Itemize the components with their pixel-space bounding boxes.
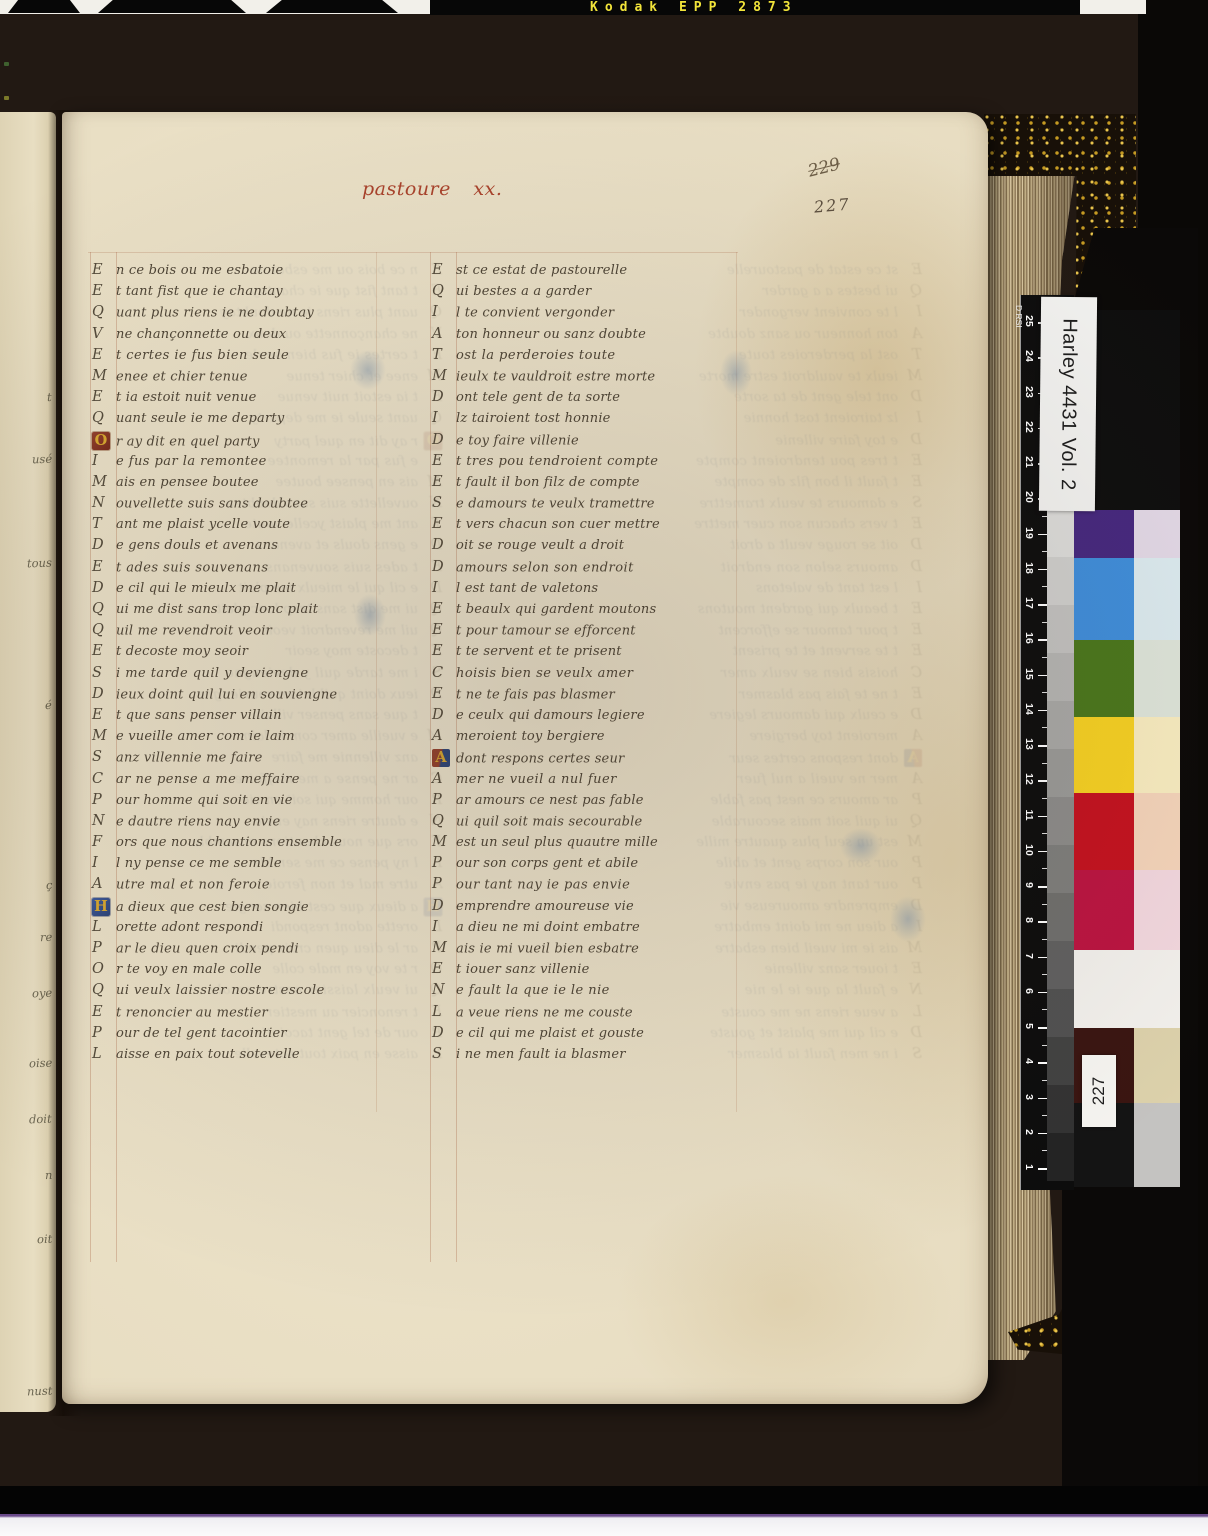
line-initial: A (432, 326, 456, 342)
manuscript-column-right: Est ce estat de pastourelleQui bestes a … (432, 262, 732, 1067)
line-text: t fault il bon filz de compte (714, 475, 898, 490)
line-text: t pour tamour se efforcent (456, 624, 636, 639)
ruler-number: 8 (1023, 912, 1035, 928)
manuscript-line: De cil qui le mieulx me plait (92, 580, 392, 601)
gray-step (1047, 893, 1074, 941)
patch-blue (1074, 558, 1134, 640)
manuscript-line: Doit se rouge veult a droit (432, 537, 732, 558)
line-initial: Q (898, 283, 922, 299)
ruler-tick (1038, 921, 1047, 923)
line-initial: P (432, 876, 456, 892)
manuscript-line: Adont respons certes seur (432, 749, 732, 770)
line-text: t que sans penser villain (116, 708, 282, 723)
manuscript-line: Fors que nous chantions ensemble (92, 834, 392, 855)
line-text: enee et chier tenue (116, 369, 248, 384)
line-initial: M (898, 940, 922, 956)
manuscript-line: Ia dieu ne mi doint embatre (432, 919, 732, 940)
line-text: e toy faire villenie (775, 433, 898, 448)
ruler-number: 20 (1023, 489, 1035, 505)
patch-blue-pale (1134, 558, 1180, 640)
line-initial: Q (898, 813, 922, 829)
line-text: ui quil soit mais secourable (456, 814, 642, 829)
patch-red (1074, 793, 1134, 870)
ruler-number: 6 (1023, 983, 1035, 999)
ruler-number: 14 (1023, 701, 1035, 717)
manuscript-line: Damours selon son endroit (432, 559, 732, 580)
line-text: est un seul plus quautre mille (456, 835, 658, 850)
shelfmark-label: Harley 4431 Vol. 2 (1039, 297, 1097, 512)
line-initial: I (432, 410, 456, 426)
line-text: l te convient vergonder (456, 306, 614, 321)
line-initial: E (92, 283, 116, 299)
ruler-tick (1038, 604, 1047, 606)
line-initial: F (92, 834, 116, 850)
line-initial: I (898, 410, 922, 426)
line-text: lz tairoient tost honnie (743, 411, 898, 426)
line-text: uil me revendroit veoir (116, 624, 272, 639)
manuscript-line: Se damours te veulx tramettre (432, 495, 732, 516)
manuscript-line: Demprendre amoureuse vie (432, 898, 732, 919)
ruler-tick (1038, 1168, 1047, 1170)
line-initial: T (92, 516, 116, 532)
line-initial: V (92, 326, 116, 342)
manuscript-line: Me vueille amer com ie laim (92, 728, 392, 749)
line-initial: S (898, 495, 922, 511)
line-text: ui bestes a a garder (763, 284, 898, 299)
ruler-number: 4 (1023, 1053, 1035, 1069)
line-text: e dautre riens nay envie (116, 814, 280, 829)
gray-step (1047, 653, 1074, 701)
line-text: n ce bois ou me esbatoie (116, 263, 283, 278)
line-initial: A (92, 876, 116, 892)
line-initial: E (92, 1004, 116, 1020)
line-text: amours selon son endroit (456, 560, 634, 575)
line-text: e ceulx qui damours legiere (456, 708, 645, 723)
ruler-number: 19 (1023, 525, 1035, 541)
manuscript-line: De toy faire villenie (432, 432, 732, 453)
ruler-number: 21 (1023, 454, 1035, 470)
line-text: e ceulx qui damours legiere (709, 708, 898, 723)
line-text: uant plus riens ie ne doubtay (116, 306, 314, 321)
line-text: aisse en paix tout sotevelle (116, 1047, 300, 1062)
manuscript-line: Mais en pensee boutee (92, 474, 392, 495)
line-initial: I (432, 304, 456, 320)
manuscript-line: Vne chançonnette ou deux (92, 326, 392, 347)
gray-step (1047, 701, 1074, 749)
folio-number-old: 229 (806, 154, 842, 181)
line-initial: E (432, 643, 456, 659)
film-edge-mark (266, 0, 398, 13)
line-initial: I (432, 580, 456, 596)
line-text: ais ie mi vueil bien esbatre (456, 941, 639, 956)
line-text: t certes ie fus bien seule (116, 348, 289, 363)
ruler-tick (1038, 1027, 1047, 1029)
manuscript-line: Et tres pou tendroient compte (432, 453, 732, 474)
line-text: oit se rouge veult a droit (456, 538, 624, 553)
ruling-line (430, 252, 431, 1262)
line-initial: D (432, 559, 456, 575)
ruler-tick (1038, 816, 1047, 818)
line-initial: M (898, 368, 922, 384)
line-text: t decoste moy seoir (116, 644, 248, 659)
line-initial: E (432, 686, 456, 702)
line-text: ais ie mi vueil bien esbatre (715, 941, 898, 956)
ruler-number: 23 (1023, 384, 1035, 400)
line-text: e toy faire villenie (456, 433, 579, 448)
line-text: t fault il bon filz de compte (456, 475, 640, 490)
line-text: dont respons certes seur (456, 752, 624, 767)
line-text: ui veulx laissier nostre escole (116, 983, 325, 998)
manuscript-line: Nouvellette suis sans doubtee (92, 495, 392, 516)
patch-purple (1074, 510, 1134, 558)
manuscript-line: Pour homme qui soit en vie (92, 792, 392, 813)
patch-white (1074, 950, 1180, 1028)
line-initial: E (898, 474, 922, 490)
line-text: ui quil soit mais secourable (712, 814, 898, 829)
line-initial: P (432, 855, 456, 871)
ruler-tick (1038, 745, 1047, 747)
line-initial: D (432, 1025, 456, 1041)
line-text: t tres pou tendroient compte (456, 454, 658, 469)
patch-red-pale (1134, 793, 1180, 870)
line-text: a veue riens ne me couste (456, 1005, 633, 1020)
line-text: ton honneur ou sanz doubte (456, 327, 646, 342)
line-initial: E (898, 643, 922, 659)
line-initial: P (92, 940, 116, 956)
manuscript-line: Et fault il bon filz de compte (432, 474, 732, 495)
line-initial: Q (92, 601, 116, 617)
patch-row-yellow (1074, 717, 1180, 793)
line-text: our tant nay ie pas envie (456, 878, 630, 893)
line-text: a veue riens ne me couste (721, 1005, 898, 1020)
line-text: i ne men fault ia blasmer (456, 1047, 626, 1062)
manuscript-line: Mieulx te vauldroit estre morte (432, 368, 732, 389)
line-text: ar le dieu quen croix pendi (116, 941, 299, 956)
manuscript-line: Et beaulx qui gardent moutons (432, 601, 732, 622)
manuscript-line: Et que sans penser villain (92, 707, 392, 728)
manuscript-line: Et renoncier au mestier (92, 1004, 392, 1025)
line-text: ant me plaist ycelle voute (116, 517, 290, 532)
line-initial: Q (432, 283, 456, 299)
line-initial: A (898, 326, 922, 342)
line-initial: A (898, 728, 922, 744)
ruler-number: 1 (1023, 1159, 1035, 1175)
line-text: hoisis bien se veulx amer (721, 666, 898, 681)
film-label-area: Kodak EPP 2873 (430, 0, 1080, 15)
manuscript-line: De ceulx qui damours legiere (432, 707, 732, 728)
line-text: a dieu ne mi doint embatre (456, 920, 640, 935)
gray-step (1047, 797, 1074, 845)
line-text: a dieux que cest bien songie (116, 900, 309, 915)
line-text: ar amours ce nest pas fable (710, 793, 898, 808)
line-initial: M (92, 474, 116, 490)
line-initial: A (898, 771, 922, 787)
decorated-initial: A (432, 749, 450, 767)
film-edge-mark (98, 0, 246, 13)
manuscript-line: Si ne men fault ia blasmer (432, 1046, 732, 1067)
ruler-tick (1038, 710, 1047, 712)
line-text: our de tel gent tacointier (116, 1026, 287, 1041)
line-text: st ce estat de pastourelle (727, 263, 898, 278)
film-printer-dot (4, 62, 9, 66)
line-initial: D (432, 537, 456, 553)
line-initial: Q (92, 304, 116, 320)
line-text: t beaulx qui gardent moutons (456, 602, 656, 617)
line-initial: M (432, 368, 456, 384)
line-initial: Q (92, 410, 116, 426)
ruler-number: 25 (1023, 313, 1035, 329)
manuscript-column-left: En ce bois ou me esbatoieEt tant fist qu… (92, 262, 392, 1067)
line-initial: I (432, 919, 456, 935)
line-initial: E (432, 622, 456, 638)
line-initial: L (432, 1004, 456, 1020)
manuscript-line: Ne dautre riens nay envie (92, 813, 392, 834)
ruler-number: 15 (1023, 666, 1035, 682)
line-initial: P (432, 792, 456, 808)
manuscript-line: Or te voy en male colle (92, 961, 392, 982)
patch-green-pale (1134, 640, 1180, 717)
line-initial: P (898, 792, 922, 808)
ruler-number: 10 (1023, 842, 1035, 858)
manuscript-line: Dieux doint quil lui en souviengne (92, 686, 392, 707)
line-text: mer ne vueil a nul fuer (456, 772, 617, 787)
line-initial: C (92, 771, 116, 787)
line-initial: E (432, 262, 456, 278)
line-initial: T (898, 347, 922, 363)
line-text: ont tele gent de ta sorte (456, 390, 620, 405)
decorated-initial: A (904, 749, 922, 767)
patch-yellow (1074, 717, 1134, 793)
patch-yellow-pale (1134, 717, 1180, 793)
line-initial: M (432, 940, 456, 956)
line-text: e vueille amer com ie laim (116, 729, 295, 744)
film-printer-dot (4, 96, 9, 100)
manuscript-line: Dont tele gent de ta sorte (432, 389, 732, 410)
manuscript-line: Par le dieu quen croix pendi (92, 940, 392, 961)
line-initial: D (898, 537, 922, 553)
patch-dark-pale (1134, 1103, 1180, 1187)
line-text: t iouer sanz villenie (456, 962, 589, 977)
ruler-tick (1038, 992, 1047, 994)
line-text: ne chançonnette ou deux (116, 327, 286, 342)
line-text: mer ne vueil a nul fuer (737, 772, 898, 787)
line-initial: A (432, 771, 456, 787)
patch-row-purple (1074, 510, 1180, 558)
line-initial: P (898, 876, 922, 892)
line-text: amours selon son endroit (720, 560, 898, 575)
line-initial: Q (432, 813, 456, 829)
manuscript-line: Qui quil soit mais secourable (432, 813, 732, 834)
manuscript-line: Pour de tel gent tacointier (92, 1025, 392, 1046)
ruler-number: 13 (1023, 736, 1035, 752)
ruler-tick (1038, 534, 1047, 536)
patch-green (1074, 640, 1134, 717)
manuscript-line: Or ay dit en quel party (92, 432, 392, 453)
line-text: ais en pensee boutee (116, 475, 259, 490)
patch-crimson (1074, 870, 1134, 950)
manuscript-line: Laisse en paix tout sotevelle (92, 1046, 392, 1067)
manuscript-line: La veue riens ne me couste (432, 1004, 732, 1025)
gray-step (1047, 1133, 1074, 1181)
line-text: i ne men fault ia blasmer (728, 1047, 898, 1062)
manuscript-line: Et ades suis souvenans (92, 559, 392, 580)
shelfmark-text: Harley 4431 Vol. 2 (1056, 318, 1081, 491)
line-initial: E (432, 453, 456, 469)
line-initial: M (92, 368, 116, 384)
line-initial: I (898, 580, 922, 596)
folio-card: 227 (1082, 1055, 1116, 1127)
line-initial: E (898, 622, 922, 638)
line-text: our tant nay ie pas envie (724, 878, 898, 893)
line-text: t ia estoit nuit venue (116, 390, 256, 405)
manuscript-line: Il est tant de valetons (432, 580, 732, 601)
line-initial: L (92, 1046, 116, 1062)
film-edge-strip-bottom-white (0, 1514, 1208, 1536)
line-text: orette adont respondi (116, 920, 263, 935)
line-text: ui bestes a a garder (456, 284, 591, 299)
line-text: e gens douls et avenans (116, 538, 278, 553)
ruling-line (88, 252, 738, 253)
line-text: ont tele gent de ta sorte (734, 390, 898, 405)
ruler-number: 17 (1023, 595, 1035, 611)
film-stock-label: Kodak EPP 2873 (590, 0, 798, 15)
film-edge-mark (8, 0, 80, 13)
manuscript-line: Ne fault la que ie le nie (432, 982, 732, 1003)
manuscript-line: Par amours ce nest pas fable (432, 792, 732, 813)
line-text: our homme qui soit en vie (116, 793, 293, 808)
manuscript-line: Pour son corps gent et abile (432, 855, 732, 876)
ruler-number: 3 (1023, 1089, 1035, 1105)
patch-row-red (1074, 793, 1180, 870)
showthrough-smudge (354, 594, 386, 636)
manuscript-line: Mest un seul plus quautre mille (432, 834, 732, 855)
line-initial: E (432, 601, 456, 617)
line-initial: N (92, 813, 116, 829)
line-text: ouvellette suis sans doubtee (116, 496, 308, 511)
line-initial: M (898, 834, 922, 850)
showthrough-smudge (840, 828, 882, 864)
line-initial: E (898, 686, 922, 702)
folio-card-text: 227 (1089, 1077, 1109, 1105)
manuscript-line: Aton honneur ou sanz doubte (432, 326, 732, 347)
line-initial: I (92, 855, 116, 871)
ruler-number: 24 (1023, 348, 1035, 364)
decorated-initial: O (92, 432, 110, 450)
ruler-tick (1038, 1098, 1047, 1100)
line-initial: I (92, 453, 116, 469)
line-initial: D (432, 707, 456, 723)
line-text: t te servent et te prisent (732, 644, 898, 659)
colour-calibration-bar: D RSI 1234567891011121314151617181920212… (1020, 295, 1180, 1190)
manuscript-line: Et vers chacun son cuer mettre (432, 516, 732, 537)
ruler-number: 12 (1023, 771, 1035, 787)
manuscript-line: Tost la perderoies toute (432, 347, 732, 368)
gray-step (1047, 749, 1074, 797)
manuscript-line: Et ia estoit nuit venue (92, 389, 392, 410)
manuscript-line: Quant seule ie me departy (92, 410, 392, 431)
line-text: l est tant de valetons (756, 581, 898, 596)
line-text: t ades suis souvenans (116, 560, 268, 575)
gray-step (1047, 845, 1074, 893)
manuscript-line: Mais ie mi vueil bien esbatre (432, 940, 732, 961)
film-edge-dark (1146, 0, 1208, 14)
line-text: ors que nous chantions ensemble (116, 835, 342, 850)
line-text: ieux doint quil lui en souviengne (116, 687, 337, 702)
manuscript-line: Si me tarde quil y deviengne (92, 665, 392, 686)
line-initial: Q (92, 982, 116, 998)
line-text: meroient toy bergiere (456, 729, 605, 744)
line-initial: L (898, 1004, 922, 1020)
manuscript-line: Qui bestes a a garder (432, 283, 732, 304)
line-text: e cil qui me plaist et gouste (456, 1026, 644, 1041)
manuscript-line: Et tant fist que ie chantay (92, 283, 392, 304)
line-initial: L (92, 919, 116, 935)
line-initial: S (432, 1046, 456, 1062)
line-initial: I (898, 304, 922, 320)
line-text: ost la perderoies toute (738, 348, 898, 363)
line-text: emprendre amoureuse vie (456, 899, 634, 914)
line-initial: N (898, 982, 922, 998)
manuscript-line: Il te convient vergonder (432, 304, 732, 325)
line-text: t pour tamour se efforcent (718, 624, 898, 639)
line-text: ieulx te vauldroit estre morte (456, 369, 655, 384)
manuscript-line: Sanz villennie me faire (92, 749, 392, 770)
manuscript-line: Et decoste moy seoir (92, 643, 392, 664)
ruler-tick (1038, 1062, 1047, 1064)
line-text: oit se rouge veult a droit (730, 538, 898, 553)
line-initial: D (898, 559, 922, 575)
manuscript-line: Choisis bien se veulx amer (432, 665, 732, 686)
manuscript-line: Et pour tamour se efforcent (432, 622, 732, 643)
manuscript-line: Il ny pense ce me semble (92, 855, 392, 876)
line-initial: E (92, 559, 116, 575)
manuscript-line: Quil me revendroit veoir (92, 622, 392, 643)
line-text: t vers chacun son cuer mettre (456, 517, 660, 532)
ruler-number: 18 (1023, 560, 1035, 576)
line-text: l est tant de valetons (456, 581, 598, 596)
patch-row-white (1074, 950, 1180, 1028)
line-initial: E (898, 453, 922, 469)
folio-number: 227 (813, 194, 851, 216)
line-text: ui me dist sans trop lonc plait (116, 602, 318, 617)
line-initial: D (432, 898, 456, 914)
line-text: i me tarde quil y deviengne (116, 666, 309, 681)
line-initial: E (92, 707, 116, 723)
line-initial: D (432, 389, 456, 405)
line-text: l ny pense ce me semble (116, 856, 282, 871)
manuscript-line: Qui veulx laissier nostre escole (92, 982, 392, 1003)
ruler-number: 22 (1023, 419, 1035, 435)
line-initial: E (432, 516, 456, 532)
film-edge-strip-bottom-black (0, 1486, 1208, 1516)
showthrough-smudge (720, 350, 752, 396)
manuscript-line: Autre mal et non feroie (92, 876, 392, 897)
patch-purple-pale (1134, 510, 1180, 558)
line-text: t ne te fais pas blasmer (739, 687, 898, 702)
line-initial: D (92, 580, 116, 596)
line-initial: S (432, 495, 456, 511)
gray-step (1047, 1037, 1074, 1085)
line-initial: D (898, 432, 922, 448)
gray-step (1047, 605, 1074, 653)
line-initial: D (432, 432, 456, 448)
ruler-tick (1038, 851, 1047, 853)
line-text: hoisis bien se veulx amer (456, 666, 633, 681)
line-text: utre mal et non feroie (116, 878, 270, 893)
manuscript-photograph: Kodak EPP 2873 tusétouséçreoyeoisedoitno… (0, 0, 1208, 1536)
line-initial: E (92, 643, 116, 659)
line-text: r te voy en male colle (116, 962, 262, 977)
